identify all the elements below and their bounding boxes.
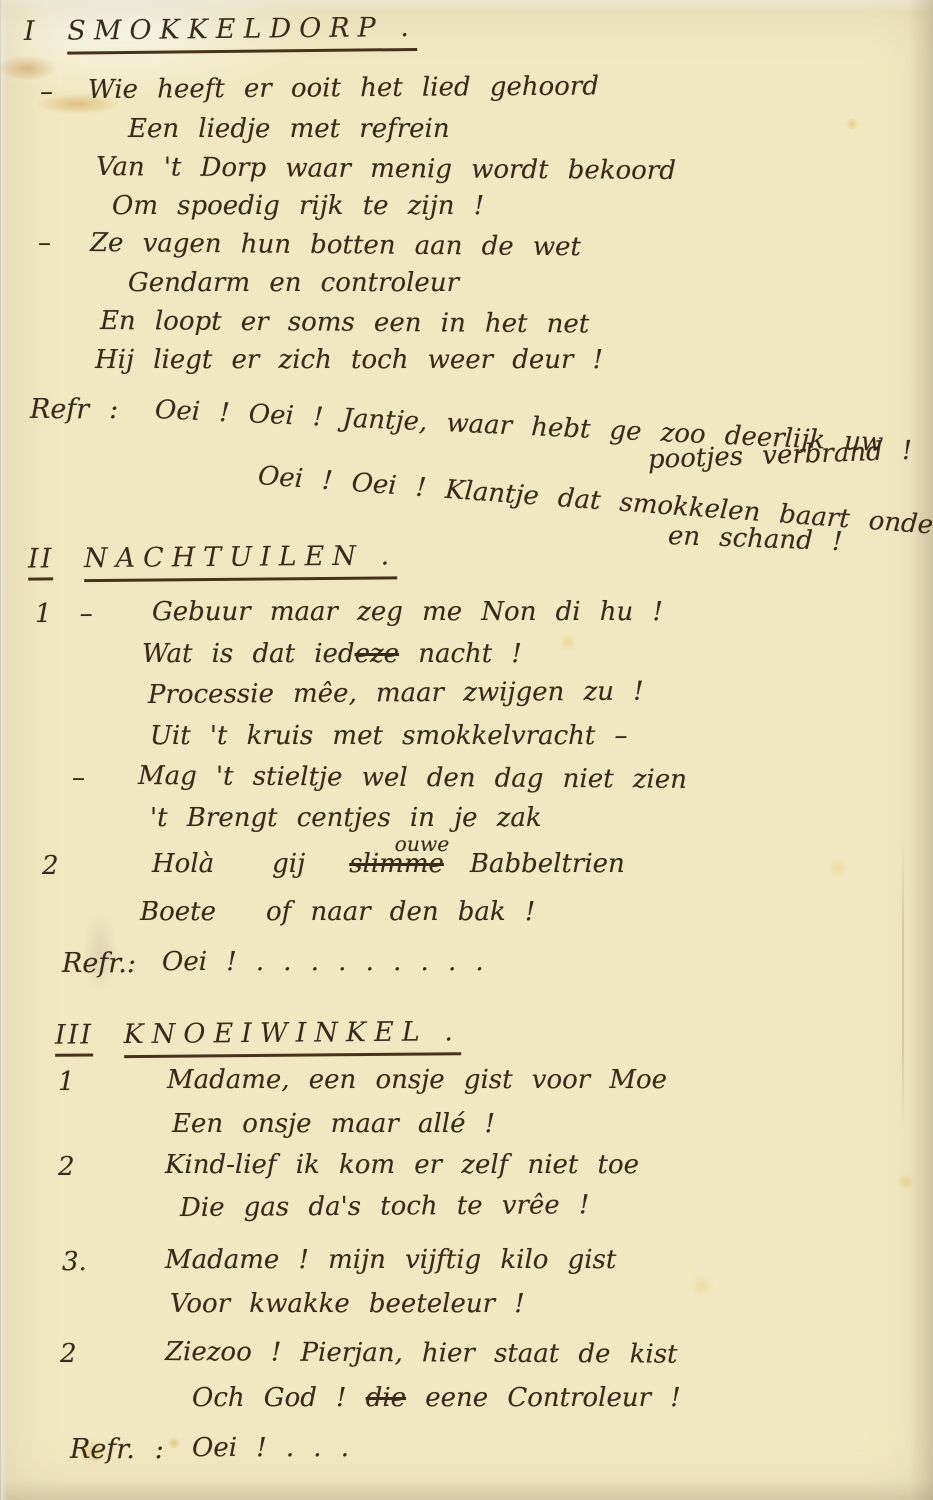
verse-line: Wie heeft er ooit het lied gehoord (88, 72, 599, 105)
verse-line-with-correction: Wat is dat iedeze nacht ! (142, 640, 522, 670)
verse-line: Uit 't kruis met smokkelvracht – (150, 722, 628, 752)
verse-line: Een onsje maar allé ! (172, 1110, 495, 1140)
refrain-label: Refr. : (70, 1434, 164, 1465)
verse-line: Om spoedig rijk te zijn ! (112, 192, 484, 222)
verse-line: Mag 't stieltje wel den dag niet zien (138, 762, 687, 796)
verse-line: Boeteof naar den bak ! (140, 898, 535, 928)
section-title-text-3: KNOEIWINKEL . (123, 1016, 461, 1058)
refrain-label: Refr.: (62, 948, 136, 979)
refrain-line: pootjes verbrand ! (647, 437, 912, 476)
refrain-line: en schand ! (667, 522, 842, 558)
verse-line: Van 't Dorp waar menig wordt bekoord (96, 153, 676, 187)
section-title-text-1: SMOKKELDORP . (67, 12, 417, 55)
section-numeral-3: III (55, 1019, 93, 1056)
verse-line: Kind-lief ik kom er zelf niet toe (165, 1151, 639, 1181)
dash-marker: – (72, 764, 85, 794)
verse-line: Gebuur maar zeg me Non di hu ! (152, 598, 663, 628)
section-title-knoeiwinkel: III KNOEIWINKEL . (55, 1016, 461, 1059)
verse-number-marker: 3. (62, 1248, 87, 1278)
verse-line: Ziezoo ! Pierjan, hier staat de kist (165, 1338, 678, 1371)
verse-line: Voor kwakke beeteleur ! (170, 1290, 525, 1320)
verse-line: Die gas da's toch te vrêe ! (180, 1191, 590, 1224)
section-numeral-1: I (24, 16, 37, 47)
verse-line-with-correction: HolàgijouweslimmeBabbeltrien (152, 850, 625, 880)
refrain-label: Refr : (30, 394, 118, 425)
section-title-smokkeldorp: I SMOKKELDORP . (24, 12, 417, 55)
struck-word: eze (355, 639, 399, 669)
verse-line: Madame ! mijn vijftig kilo gist (165, 1246, 616, 1276)
verse-line: 't Brengt centjes in je zak (150, 804, 542, 834)
refrain-line: Oei ! . . . . . . . . . (162, 948, 484, 978)
manuscript-page: I SMOKKELDORP . – Wie heeft er ooit het … (0, 0, 933, 1500)
verse-number-marker: 1 – (35, 600, 93, 630)
dash-marker: – (38, 229, 51, 259)
section-title-text-2: NACHTUILEN . (84, 540, 398, 582)
verse-number-marker: 2 (60, 1340, 77, 1370)
section-title-nachtuilen: II NACHTUILEN . (28, 540, 397, 582)
paper-crease (902, 840, 904, 1130)
verse-line: Processie mêe, maar zwijgen zu ! (148, 678, 644, 711)
verse-line: En loopt er soms een in het net (100, 307, 589, 340)
section-numeral-2: II (28, 543, 54, 580)
verse-number-marker: 2 (58, 1153, 75, 1183)
verse-line: Gendarm en controleur (128, 269, 459, 299)
dash-marker: – (40, 78, 53, 108)
verse-line-with-correction: Och God ! die eene Controleur ! (192, 1384, 681, 1414)
verse-line: Een liedje met refrein (128, 115, 450, 145)
verse-line: Madame, een onsje gist voor Moe (167, 1066, 667, 1096)
inserted-word: ouwe (395, 833, 450, 856)
correction: ouweslimme (349, 850, 444, 880)
struck-word: die (366, 1383, 406, 1413)
verse-number-marker: 1 (58, 1068, 75, 1098)
verse-line: Hij liegt er zich toch weer deur ! (95, 346, 603, 376)
verse-number-marker: 2 (42, 852, 59, 882)
verse-line: Ze vagen hun botten aan de wet (90, 229, 581, 263)
refrain-line: Oei ! . . . (192, 1434, 349, 1464)
